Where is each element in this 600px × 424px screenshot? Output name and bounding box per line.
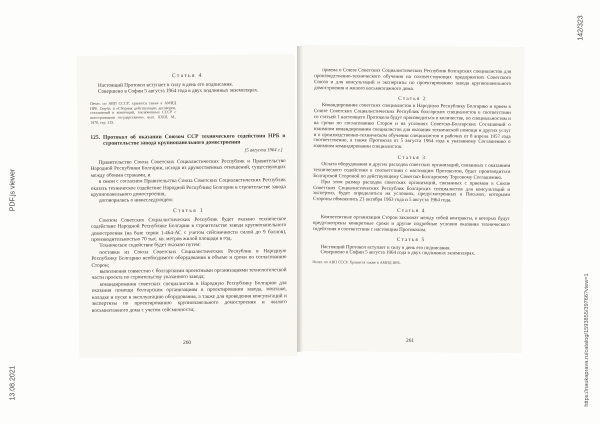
- print-header-date: 13.08.2021: [10, 365, 17, 400]
- paragraph: поставки из Союза Советских Социалистиче…: [91, 248, 286, 269]
- document-title: Протокол об оказании Союзом ССР техничес…: [103, 133, 285, 148]
- article-heading: Статья 2: [314, 95, 511, 103]
- book-page-left: Статья 4 Настоящий Протокол вступает в с…: [77, 54, 298, 358]
- source-note: Печат. по АВП СССР; хранится также в АМИ…: [90, 101, 176, 126]
- print-footer-page-indicator: 142/323: [578, 15, 585, 40]
- paragraph: Союзом Советских Социалистических Респуб…: [91, 216, 286, 243]
- document-number: 125.: [90, 135, 100, 148]
- article-heading: Статья 1: [91, 207, 286, 215]
- article-heading: Статья 4: [313, 207, 510, 215]
- article-heading: Статья 3: [313, 154, 510, 162]
- paragraph: Совершено в Софии 5 августа 1964 года в …: [312, 250, 509, 258]
- paragraph: командирования советских специалистов в …: [92, 280, 287, 314]
- document-heading: 125. Протокол об оказании Союзом ССР тех…: [90, 133, 285, 148]
- article-heading: Статья 4: [90, 72, 285, 80]
- print-header-title: PDF.js viewer: [10, 169, 17, 211]
- print-footer-url: https://naukaprava.ru/catalog/1593855/39…: [584, 273, 590, 406]
- document-date: [5 августа 1964 г.]: [91, 148, 283, 155]
- article-heading: Статья 5: [313, 236, 510, 244]
- paragraph: договорились о нижеследующем:: [91, 197, 286, 205]
- paragraph: Оплата оборудования и других расходов со…: [313, 162, 510, 181]
- paragraph: Правительство Союза Советских Социалисти…: [91, 158, 286, 179]
- paragraph: При этом размер расходов советских орган…: [313, 180, 510, 205]
- paragraph: Компетентные организации Сторон заключат…: [313, 215, 510, 234]
- page-number-left: 260: [183, 340, 191, 346]
- paragraph: Совершено в Софии 5 августа 1964 года в …: [90, 88, 285, 96]
- source-note: Печат. по АВП СССР. Хранится также в АМИ…: [312, 260, 404, 266]
- scanned-printout: PDF.js viewer 13.08.2021 142/323 https:/…: [0, 0, 600, 424]
- book-page-right: приема в Союзе Советских Социалистически…: [298, 45, 525, 353]
- paragraph: Командирование советских специалистов в …: [313, 103, 510, 152]
- page-number-right: 261: [406, 338, 414, 344]
- paragraph: приема в Союзе Советских Социалистически…: [314, 68, 511, 93]
- paragraph: в связи с согласием Правительства Союза …: [91, 177, 286, 198]
- book-gutter-shadow: [297, 46, 303, 352]
